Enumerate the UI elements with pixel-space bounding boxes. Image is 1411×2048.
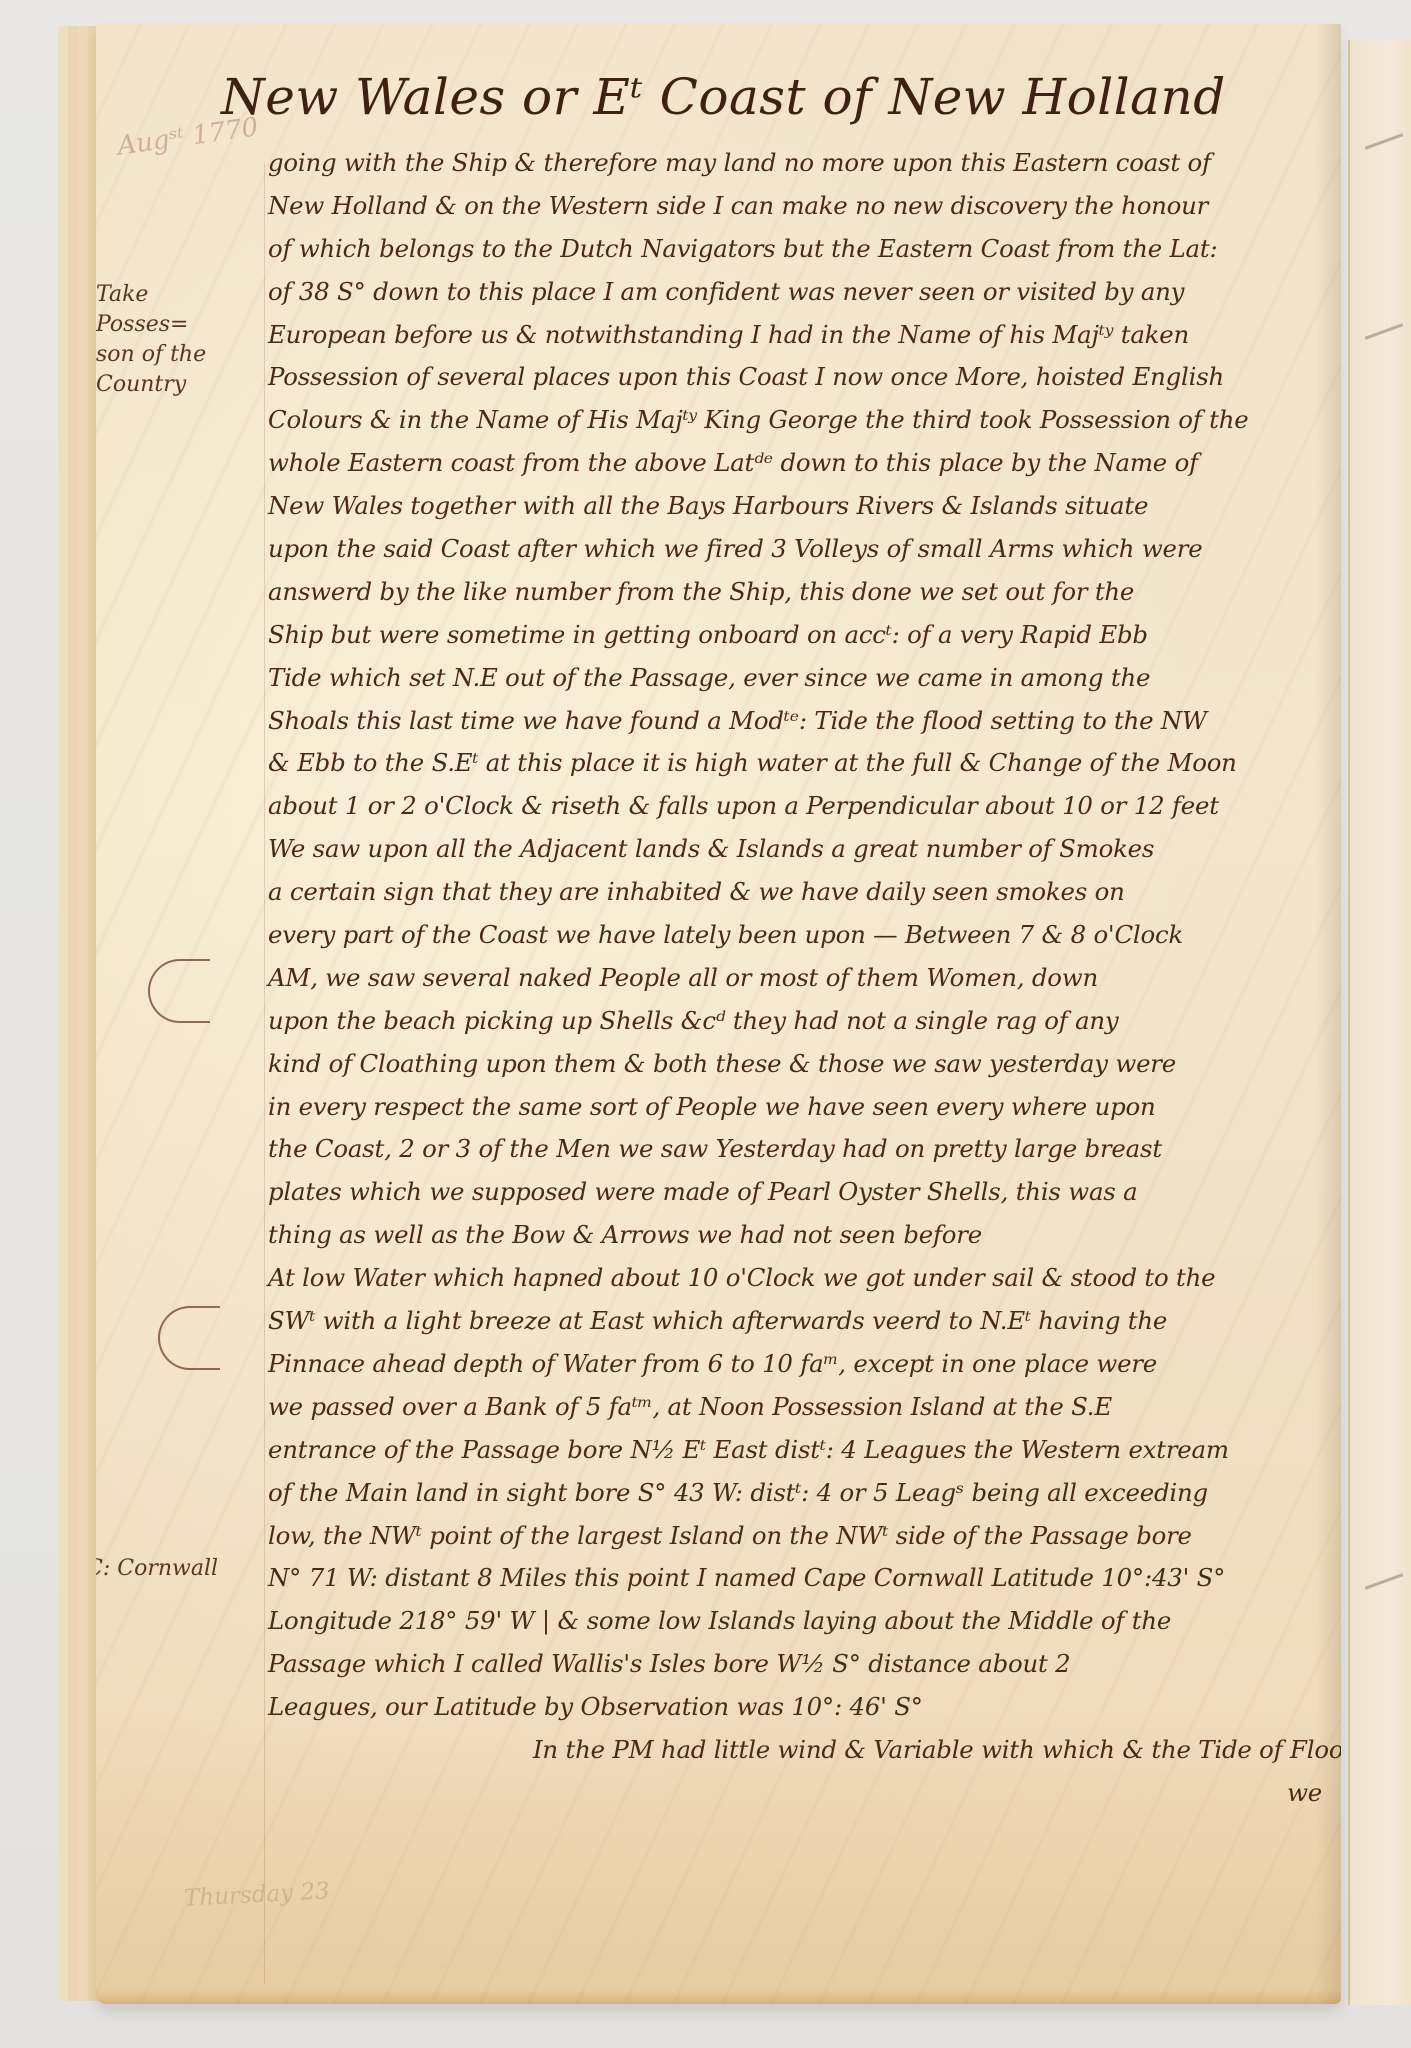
margin-note-thursday: Thursday 23 [183,1876,330,1914]
text-line: thing as well as the Bow & Arrows we had… [268,1214,1328,1257]
text-line: AM, we saw several naked People all or m… [268,957,1328,1000]
facing-page-edge [1348,40,1411,2005]
bracket-flourish [148,959,210,1023]
text-line: of the Main land in sight bore S° 43 W: … [268,1472,1328,1515]
text-line: Longitude 218° 59' W | & some low Island… [268,1600,1328,1643]
text-line: whole Eastern coast from the above Latᵈᵉ… [268,442,1328,485]
text-line: we passed over a Bank of 5 faᵗᵐ, at Noon… [268,1386,1328,1429]
text-line: upon the said Coast after which we fired… [268,528,1328,571]
bracket-flourish [158,1306,220,1370]
text-line: a certain sign that they are inhabited &… [268,871,1328,914]
text-line: about 1 or 2 o'Clock & riseth & falls up… [268,785,1328,828]
text-line: SWᵗ with a light breeze at East which af… [268,1300,1328,1343]
text-line-new-wales: New Wales together with all the Bays Har… [268,485,1328,528]
manuscript-page: New Wales or Eᵗ Coast of New Holland Aug… [96,24,1341,2004]
text-line: of 38 S° down to this place I am confide… [268,271,1328,314]
margin-rule [264,164,265,1984]
margin-note-cape-cornwall: C: Cornwall [96,1554,226,1584]
date-margin-note: Augˢᵗ 1770 [116,112,261,161]
text-line-pm-entry: In the PM had little wind & Variable wit… [268,1729,1328,1772]
ink-mark [1365,323,1404,339]
text-line: & Ebb to the S.Eᵗ at this place it is hi… [268,742,1328,785]
text-line: the Coast, 2 or 3 of the Men we saw Yest… [268,1128,1328,1171]
journal-body: going with the Ship & therefore may land… [268,142,1328,1815]
catchword: we [268,1772,1328,1815]
text-line-cape-cornwall: N° 71 W: distant 8 Miles this point I na… [268,1557,1328,1600]
text-line: low, the NWᵗ point of the largest Island… [268,1515,1328,1558]
text-line: in every respect the same sort of People… [268,1086,1328,1129]
text-line: Shoals this last time we have found a Mo… [268,700,1328,743]
text-line-wallis-isles: Passage which I called Wallis's Isles bo… [268,1643,1328,1686]
text-line: Leagues, our Latitude by Observation was… [268,1686,1328,1729]
ink-mark [1365,1573,1404,1590]
page-title: New Wales or Eᵗ Coast of New Holland [221,68,1221,126]
text-line: upon the beach picking up Shells &cᵈ the… [268,1000,1328,1043]
text-line: European before us & notwithstanding I h… [268,314,1328,357]
text-line: At low Water which hapned about 10 o'Clo… [268,1257,1328,1300]
text-line: Pinnace ahead depth of Water from 6 to 1… [268,1343,1328,1386]
ink-mark [1365,133,1404,149]
text-line: Colours & in the Name of His Majᵗʸ King … [268,399,1328,442]
page-bottom-edge [96,1990,1341,2004]
margin-note-take-possession: Take Posses= son of the Country [96,280,216,400]
text-line: kind of Cloathing upon them & both these… [268,1043,1328,1086]
text-line: going with the Ship & therefore may land… [268,142,1328,185]
text-line: plates which we supposed were made of Pe… [268,1171,1328,1214]
text-line: Ship but were sometime in getting onboar… [268,614,1328,657]
text-line: Tide which set N.E out of the Passage, e… [268,657,1328,700]
text-line: Possession of several places upon this C… [268,356,1328,399]
text-line: answerd by the like number from the Ship… [268,571,1328,614]
text-line: entrance of the Passage bore N½ Eᵗ East … [268,1429,1328,1472]
text-line: New Holland & on the Western side I can … [268,185,1328,228]
text-line: We saw upon all the Adjacent lands & Isl… [268,828,1328,871]
text-line: of which belongs to the Dutch Navigators… [268,228,1328,271]
text-line: every part of the Coast we have lately b… [268,914,1328,957]
